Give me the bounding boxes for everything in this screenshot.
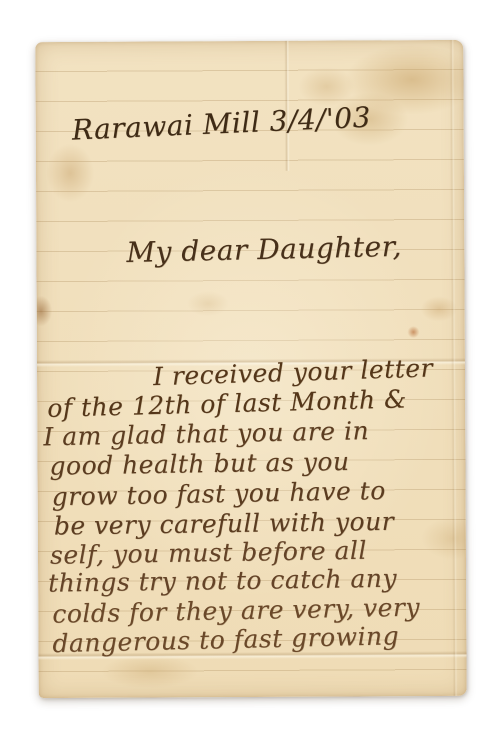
letter-salutation: My dear Daughter, — [126, 230, 402, 269]
letter-body-line: grow too fast you have to — [51, 476, 386, 511]
letter-paper: Rarawai Mill 3/4/'03 My dear Daughter, I… — [35, 40, 466, 698]
vertical-edge-crease — [449, 40, 457, 696]
letter-body-line: things try not to catch any — [48, 564, 397, 598]
letter-heading-date: Rarawai Mill 3/4/'03 — [71, 101, 371, 147]
letter-body-line: I am glad that you are in — [43, 416, 369, 451]
letter-body-line: good health but as you — [49, 447, 349, 481]
photo-background: Rarawai Mill 3/4/'03 My dear Daughter, I… — [0, 0, 500, 734]
